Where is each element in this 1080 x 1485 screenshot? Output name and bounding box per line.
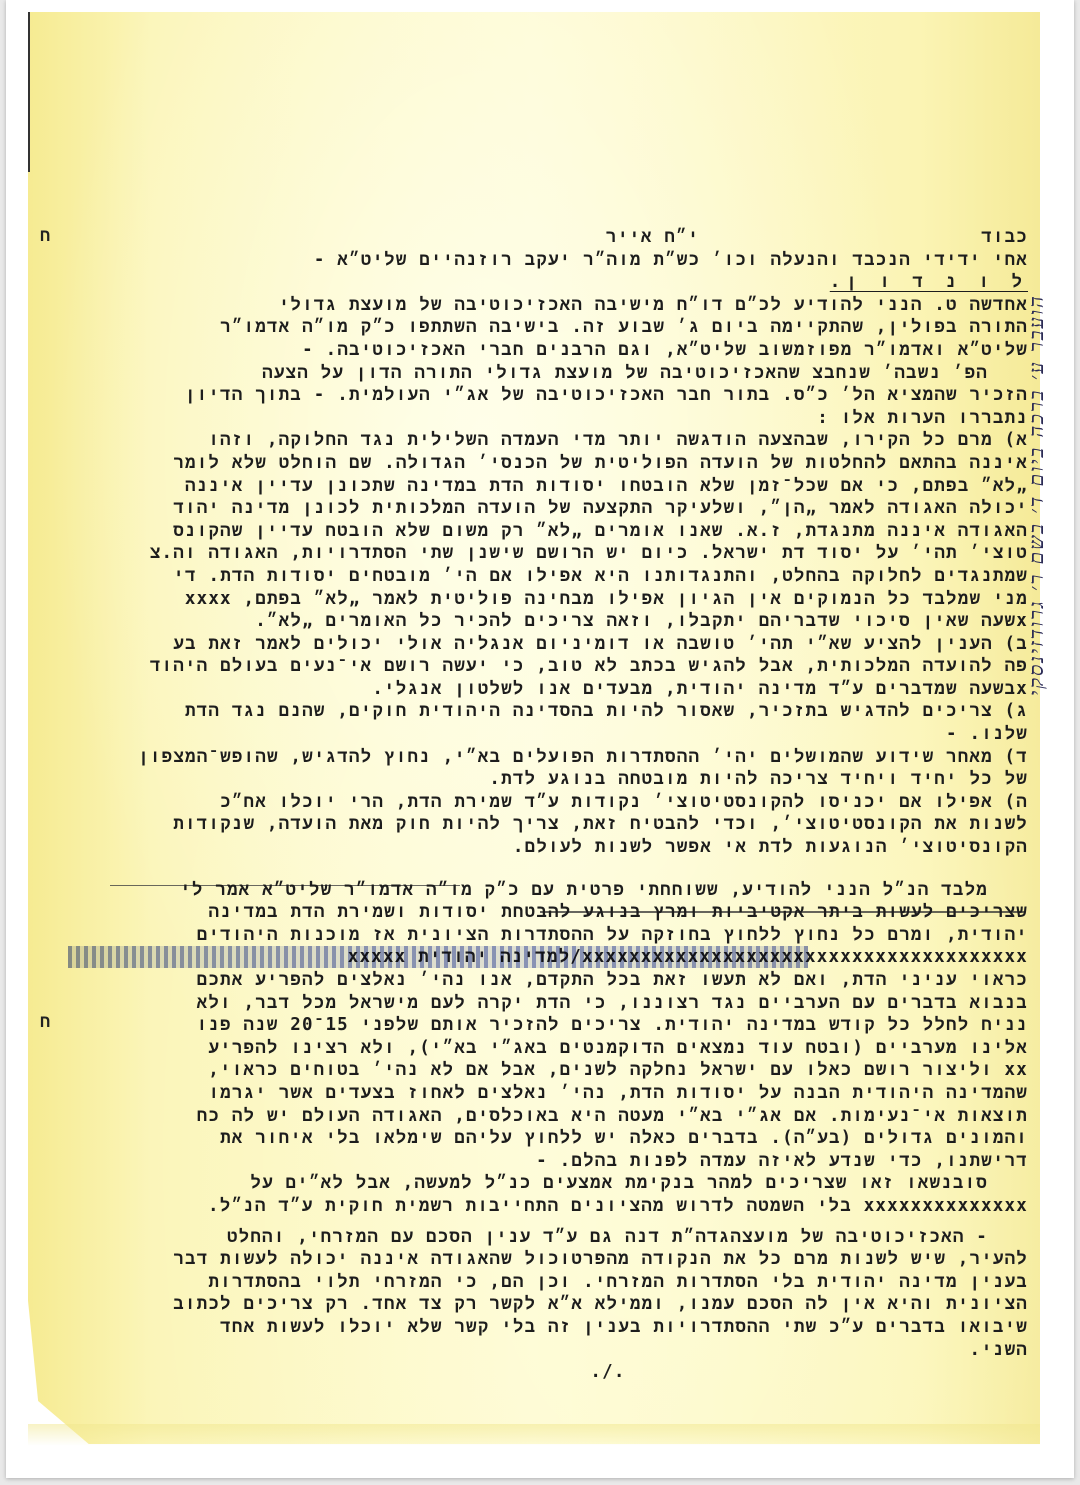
margin-mark: ח [40,226,50,247]
text-line: ג) צריכים להדגיש בתזכיר, שאסור להיות בהס… [68,700,1028,723]
text-line: נתבררו הערות אלו : [68,407,1028,430]
text-line: כראוי עניני הדת, ואם לא תעשו זאת בכל התק… [68,969,1028,992]
text-line: שצריכים לעשות ביתר אקטיביות ומרץ בנוגע ל… [68,901,1028,924]
city: ל ו נ ד ו ן. [830,272,1028,292]
paragraph-block-1: אחדשה ט. הנני להודיע לכ״ם דו״ח מישיבה הא… [68,294,1028,859]
text-line: סובנשאו זאו שצריכים למהר בנקימת אמצעים כ… [68,1172,1028,1195]
letter-body: כבוד י״ח אייר אחי ידידי הנכבד והנעלה וכו… [68,226,1028,1384]
salutation: כבוד [981,227,1028,247]
text-line: פה להועדה המלכותית, אבל להגיש בכתב לא טו… [68,655,1028,678]
spacer [68,1218,1028,1226]
salutation-line: כבוד י״ח אייר [68,226,1028,249]
text-line: שמתנגדים לחלוקה בהחלט, והתנגדותנו היא אפ… [68,565,1028,588]
paper-shadow [28,1424,1040,1446]
text-line: להעיר, שיש לשנות מרם כל את הנקודה מהפרטו… [68,1248,1028,1271]
text-line: השני. [68,1339,1028,1362]
text-line: שהמדינה היהודית הבנה על יסודות הדת, נהי׳… [68,1082,1028,1105]
text-line: דרישתנו, כדי שנדע לאיזה עמדה לפנות בהלם.… [68,1150,1028,1173]
text-line: - האכזיכוטיבה של מועצהגדה״ת דנה גם ע״ד ע… [68,1226,1028,1249]
text-line: יהודית, ומרם כל נחוץ ללחוץ בחוזקה על ההס… [68,924,1028,947]
spacer [68,859,1028,879]
text-line: הציונית והיא אין לה הסכם עמנו, וממילא א״… [68,1293,1028,1316]
text-line: אלינו מערביים (ובטח עוד נמצאים הדוקמנטים… [68,1037,1028,1060]
text-line: xxxxxxxxxxxxxxxxxxxxxxxxxxxxxxxxxxxxxx/ל… [68,946,1028,969]
text-line: ה) אפילו אם יכניסו להקונסטיטוצי׳ נקודות … [68,791,1028,814]
text-line: xבשעה שמדברים ע״ד מדינה יהודית, מבעדים א… [68,678,1028,701]
city-line: ל ו נ ד ו ן. [68,271,1028,294]
date: י״ח אייר [606,227,820,247]
text-line: ב) הענין להציע שא״י תהי׳ טושבה או דומיני… [68,633,1028,656]
paragraph-block-2: מלבד הנ״ל הנני להודיע, ששוחחתי פרטית עם … [68,879,1028,1218]
text-line: א) מרם כל הקירו, שבהצעה הודגשה יותר מדי … [68,429,1028,452]
page-marker: ./. [68,1361,1028,1384]
paragraph-block-3: - האכזיכוטיבה של מועצהגדה״ת דנה גם ע״ד ע… [68,1226,1028,1362]
text-line: התורה בפולין, שהתקיימה ביום ג׳ שבוע זה. … [68,316,1028,339]
text-line: בענין מדינה יהודית בלי הסתדרות המזרחי. ו… [68,1271,1028,1294]
text-line: בנבוא בדברים עם הערביים נגד רצוננו, כי ה… [68,992,1028,1015]
text-line: ד) מאחר שידוע שהמושלים יהי׳ ההסתדרות הפו… [68,746,1028,769]
recipient-line: אחי ידידי הנכבד והנעלה וכו׳ כש״ת מוה״ר י… [68,249,1028,272]
text-line: לשנות את הקונסטיטוצי׳, וכדי להבטיח זאת, … [68,813,1028,836]
text-line: תוצאות אי־נעימות. אם אג״י בא״י מעטה היא … [68,1105,1028,1128]
text-line: נניח לחלל כל קודש במדינה יהודית. צריכים … [68,1014,1028,1037]
text-line: שיבואו בדברים ע״כ שתי ההסתדרויות בענין ז… [68,1316,1028,1339]
margin-mark: ח [40,1012,50,1033]
text-line: xשעה שאין סיכוי שדבריהם יתקבלו, וזאה צרי… [68,610,1028,633]
text-line: xxxxxxxxxxxxxx בלי השמטה לדרוש מהציונים … [68,1195,1028,1218]
text-line: אחדשה ט. הנני להודיע לכ״ם דו״ח מישיבה הא… [68,294,1028,317]
text-line: האגודה איננה מתנגדת, ז.א. שאנו אומרים „ל… [68,520,1028,543]
text-line: טוצי׳ תהי׳ על יסוד דת ישראל. כיום יש הרו… [68,542,1028,565]
text-line: יכולה האגודה לאמר „הן״, ושלעיקר התקצעה ש… [68,497,1028,520]
text-line: xx וליצור רושם כאלו עם ישראל נחלקה לשנים… [68,1059,1028,1082]
text-line: הקונסיטוצי׳ הנוגעות לדת אי אפשר לשנות לע… [68,836,1028,859]
text-line: והמונים גדולים (בע״ה). בדברים כאלה יש לל… [68,1127,1028,1150]
handwritten-margin-note: הועבר ע׳ ברכה ביום ד׳ בשם ר׳ גרודזינסקי [1024,190,1060,800]
text-line: הזכיר שהמציא הל׳ כ״ס. בתור חבר האכזיכוטי… [68,384,1028,407]
text-line: „לא״ בפתם, כי אם שכל־זמן שלא הובטחו יסוד… [68,475,1028,498]
text-line: שלנו. - [68,723,1028,746]
text-line: מני שמלבד כל הנמוקים אין הגיון אפילו מבח… [68,588,1028,611]
text-line: הפ׳ נשבה׳ שנחבצ שהאכזיכוטיבה של מועצת גד… [68,362,1028,385]
text-line: שליט״א ואדמו״ר מפוזמשוב שליט״א, וגם הרבנ… [68,339,1028,362]
text-line: מלבד הנ״ל הנני להודיע, ששוחחתי פרטית עם … [68,879,1028,902]
text-line: של כל יחיד ויחיד צריכה להיות מובטחה בנוג… [68,768,1028,791]
text-line: איננה בהתאם להחלטות של הועדה הפוליטית של… [68,452,1028,475]
